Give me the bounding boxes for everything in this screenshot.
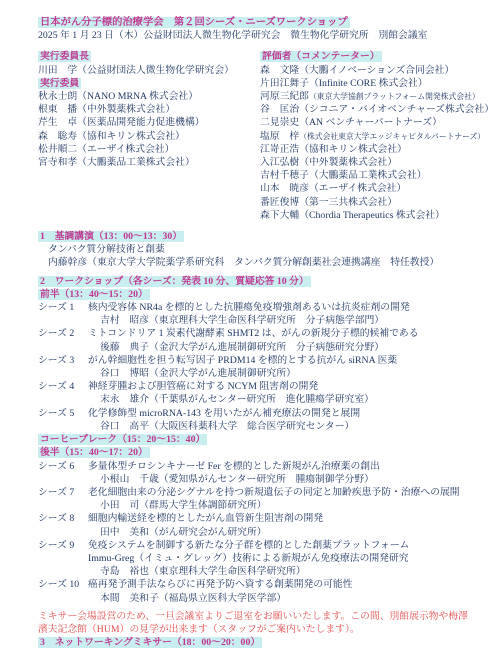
evaluator-name: 河原三紀郎: [260, 91, 309, 102]
first-half-heading-line: 前半（13：40～15：20）: [38, 288, 467, 301]
mixer-notice-line2: 濱夫記念館（HUM）の見学が出来ます（スタッフがご案内いたします）。: [38, 623, 467, 636]
seed-title: がん幹細胞性を担う転写因子 PRDM14 を標的とする抗がん siRNA 医薬: [88, 354, 467, 367]
keynote-heading-line: 1 基調講演（13：00～13：30）: [38, 230, 467, 243]
evaluator-affiliation: （中外製薬株式会社）: [299, 157, 397, 168]
organizing-committee-column: 実行委員長 川田 学（公益財団法人微生物化学研究会） 実行委員 秋永士朗（NAN…: [38, 50, 260, 222]
committee-member: 森 聡寿（協和キリン株式会社）: [38, 130, 260, 143]
evaluator-name: 二見崇史: [260, 117, 299, 128]
mixer-notice-line1: ミキサー会場設営のため、一旦会議室よりご退室をお願いいたします。この間、別館展示…: [38, 610, 467, 623]
seed-title: 化学修飾型 microRNA-143 を用いたがん補充療法の開発と展開: [88, 407, 467, 420]
evaluator-affiliation: （シコニア・バイオベンチャーズ株式会社）: [299, 104, 489, 115]
evaluator: 森 文隆（大鵬イノベーションズ合同会社）: [260, 64, 489, 77]
evaluator-name: 谷 匡治: [260, 104, 299, 115]
seed-presenter: 谷口 博昭（金沢大学がん進展制御研究所）: [100, 367, 467, 380]
evaluator: 番匠俊博（第一三共株式会社）: [260, 196, 489, 209]
committee-member: 秋永士朗（NANO MRNA 株式会社）: [38, 90, 260, 103]
seed-label: シーズ 7: [38, 486, 88, 499]
seed-label: シーズ 8: [38, 512, 88, 525]
seed-presenter: 谷口 高平（大阪医科薬科大学 総合医学研究センター）: [100, 420, 467, 433]
seed-presenter: 小田 司（群馬大学生体調節研究所）: [100, 499, 467, 512]
seed-item: シーズ 10癌再発予測手法ならびに再発予防へ資する創薬開発の可能性 本間 美和子…: [38, 578, 467, 604]
evaluators-heading-line: 評価者（コメンテーター）: [260, 50, 489, 63]
seed-presenter: 寺島 裕也（東京理科大学生命医科学研究所）: [100, 565, 467, 578]
seed-title: 癌再発予測手法ならびに再発予防へ資する創薬開発の可能性: [88, 578, 467, 591]
chair-heading: 実行委員長: [38, 51, 91, 62]
evaluator-affiliation: （大鵬薬品工業株式会社）: [309, 170, 427, 181]
coffee-break-line: コーヒーブレーク（15：20～15：40）: [38, 433, 467, 446]
seed-item: シーズ 8細胞内輸送経を標的としたがん血管新生阻害剤の開発 田中 美和（がん研究…: [38, 512, 467, 538]
seed-label: シーズ 3: [38, 354, 88, 367]
seed-presenter: 後藤 典子（金沢大学がん進展制御研究所 分子病態研究分野）: [100, 341, 467, 354]
evaluator-name: 森下大輔: [260, 210, 299, 221]
second-half-heading-line: 後半（15：40～17：20）: [38, 446, 467, 459]
spacer: [38, 42, 467, 50]
evaluator: 江嵜正浩（協和キリン株式会社）: [260, 143, 489, 156]
seed-item: シーズ 7老化細胞由来の分泌シグナルを持つ新規遺伝子の同定と加齢疾患予防・治療へ…: [38, 486, 467, 512]
committee-member: 松井順二（エーザイ株式会社）: [38, 143, 260, 156]
evaluator-affiliation: （株式会社東京大学エッジキャピタルパートナーズ）: [299, 132, 485, 141]
seed-label: シーズ 10: [38, 578, 88, 591]
seed-title: ミトコンドリア 1 炭素代謝酵素 SHMT2 は、がんの新規分子標的候補である: [88, 327, 467, 340]
evaluator: 吉村千穂子（大鵬薬品工業株式会社）: [260, 169, 489, 182]
evaluator-name: 片田江舞子: [260, 78, 309, 89]
evaluator-affiliation: （エーザイ株式会社）: [309, 183, 406, 194]
members-heading-line: 実行委員: [38, 77, 260, 90]
seed-presenter: 末永 雄介（千葉県がんセンター研究所 進化腫瘍学研究室）: [100, 393, 467, 406]
evaluator-affiliation: （大鵬イノベーションズ合同会社）: [299, 65, 454, 76]
workshop-program-document: 日本がん分子標的治療学会 第２回シーズ・ニーズワークショップ 2025 年 1 …: [0, 0, 489, 653]
evaluator-affiliation: （東京大学協創プラットフォーム開発株式会社）: [309, 92, 480, 101]
seed-presenter: 本間 美和子（福島県立医科大学医学部）: [100, 592, 467, 605]
seed-label: シーズ 4: [38, 380, 88, 393]
evaluator: 片田江舞子（Infinite CORE 株式会社）: [260, 77, 489, 90]
workshop-heading: 2 ワークショップ（各シーズ：発表 10 分、質疑応答 10 分）: [38, 276, 311, 287]
seed-title: 多量体型チロシンキナーゼ Fer を標的とした新規がん治療薬の創出: [88, 460, 467, 473]
evaluator: 谷 匡治（シコニア・バイオベンチャーズ株式会社）: [260, 103, 489, 116]
evaluator: 森下大輔（Chordia Therapeutics 株式会社）: [260, 209, 489, 222]
seed-title: 細胞内輸送経を標的としたがん血管新生阻害剤の開発: [88, 512, 467, 525]
spacer: [38, 222, 467, 230]
evaluator-name: 番匠俊博: [260, 197, 299, 208]
evaluator: 塩原 梓（株式会社東京大学エッジキャピタルパートナーズ）: [260, 130, 489, 143]
committee-member: 宮寺和孝（大鵬薬品工業株式会社）: [38, 156, 260, 169]
evaluator-affiliation: （Infinite CORE 株式会社）: [309, 78, 428, 89]
evaluator-affiliation: （AN ベンチャーパートナーズ）: [299, 117, 442, 128]
evaluator: 二見崇史（AN ベンチャーパートナーズ）: [260, 116, 489, 129]
seed-presenter: 吉村 昭彦（東京理科大学生命医科学研究所 分子病態学部門）: [100, 314, 467, 327]
evaluators-heading: 評価者（コメンテーター）: [260, 51, 382, 62]
seed-item: シーズ 3がん幹細胞性を担う転写因子 PRDM14 を標的とする抗がん siRN…: [38, 354, 467, 380]
workshop-heading-line: 2 ワークショップ（各シーズ：発表 10 分、質疑応答 10 分）: [38, 275, 467, 288]
evaluator-name: 吉村千穂子: [260, 170, 309, 181]
keynote-talk-title: タンパク質分解技術と創薬: [48, 243, 467, 256]
seed-item: シーズ 5化学修飾型 microRNA-143 を用いたがん補充療法の開発と展開…: [38, 407, 467, 433]
members-heading: 実行委員: [38, 78, 81, 89]
mixer-heading: 3 ネットワーキングミキサー（18：00～20：00）: [38, 637, 262, 648]
evaluator-name: 山本 暁彦: [260, 183, 309, 194]
seed-title: 核内受容体 NR4a を標的とした抗腫瘍免疫増強剤あるいは抗炎症剤の開発: [88, 301, 467, 314]
chair-heading-line: 実行委員長: [38, 50, 260, 63]
seed-label: シーズ 5: [38, 407, 88, 420]
first-half-heading: 前半（13：40～15：20）: [38, 289, 150, 300]
committee-member: 芹生 卓（医薬品開発能力促進機構）: [38, 116, 260, 129]
keynote-speaker: 内藤幹彦（東京大学大学院薬学系研究科 タンパク質分解創薬社会連携講座 特任教授）: [48, 256, 467, 269]
seed-item: シーズ 2ミトコンドリア 1 炭素代謝酵素 SHMT2 は、がんの新規分子標的候…: [38, 327, 467, 353]
mixer-heading-line: 3 ネットワーキングミキサー（18：00～20：00）: [38, 636, 467, 649]
seed-title: 神経芽腫および胆管癌に対する NCYM 阻害剤の開発: [88, 380, 467, 393]
evaluator-name: 森 文隆: [260, 65, 299, 76]
seed-presenter: 田中 美和（がん研究会がん研究所）: [100, 526, 467, 539]
second-half-heading: 後半（15：40～17：20）: [38, 447, 150, 458]
seed-title: 免疫システムを制御する新たな分子群を標的とした創薬プラットフォーム: [88, 539, 467, 552]
committee-columns: 実行委員長 川田 学（公益財団法人微生物化学研究会） 実行委員 秋永士朗（NAN…: [38, 50, 467, 222]
date-venue: 2025 年 1 月 23 日（木）公益財団法人微生物化学研究会 微生物化学研究…: [38, 29, 467, 42]
seed-label: シーズ 9: [38, 539, 88, 552]
evaluator: 河原三紀郎（東京大学協創プラットフォーム開発株式会社）: [260, 90, 489, 103]
seed-label: シーズ 2: [38, 327, 88, 340]
evaluator-affiliation: （Chordia Therapeutics 株式会社）: [299, 210, 445, 221]
seed-item: シーズ 9免疫システムを制御する新たな分子群を標的とした創薬プラットフォーム I…: [38, 539, 467, 579]
document-title: 日本がん分子標的治療学会 第２回シーズ・ニーズワークショップ: [38, 17, 350, 28]
evaluators-column: 評価者（コメンテーター） 森 文隆（大鵬イノベーションズ合同会社） 片田江舞子（…: [260, 50, 489, 222]
document-title-line: 日本がん分子標的治療学会 第２回シーズ・ニーズワークショップ: [38, 16, 467, 29]
chair-name: 川田 学（公益財団法人微生物化学研究会）: [38, 64, 260, 77]
evaluator-affiliation: （第一三共株式会社）: [299, 197, 397, 208]
evaluator-name: 江嵜正浩: [260, 144, 299, 155]
evaluator-affiliation: （協和キリン株式会社）: [299, 144, 407, 155]
committee-member: 根東 播（中外製薬株式会社）: [38, 103, 260, 116]
seed-presenter: 小根山 千歳（愛知県がんセンター研究所 腫瘍制御学分野）: [100, 473, 467, 486]
seed-label: シーズ 6: [38, 460, 88, 473]
keynote-heading: 1 基調講演（13：00～13：30）: [38, 231, 184, 242]
coffee-break-heading: コーヒーブレーク（15：20～15：40）: [38, 434, 207, 445]
evaluator: 入江弘樹（中外製薬株式会社）: [260, 156, 489, 169]
evaluator-name: 塩原 梓: [260, 131, 299, 142]
seed-item: シーズ 6多量体型チロシンキナーゼ Fer を標的とした新規がん治療薬の創出 小…: [38, 460, 467, 486]
seed-item: シーズ 1核内受容体 NR4a を標的とした抗腫瘍免疫増強剤あるいは抗炎症剤の開…: [38, 301, 467, 327]
seed-title-line2: Immu-Greg（イミュ・グレッグ）技術による新規がん免疫療法の開発研究: [88, 552, 467, 565]
seed-title: 老化細胞由来の分泌シグナルを持つ新規遺伝子の同定と加齢疾患予防・治療への展開: [88, 486, 467, 499]
seed-item: シーズ 4神経芽腫および胆管癌に対する NCYM 阻害剤の開発 末永 雄介（千葉…: [38, 380, 467, 406]
evaluator-name: 入江弘樹: [260, 157, 299, 168]
seed-label: シーズ 1: [38, 301, 88, 314]
evaluator: 山本 暁彦（エーザイ株式会社）: [260, 182, 489, 195]
